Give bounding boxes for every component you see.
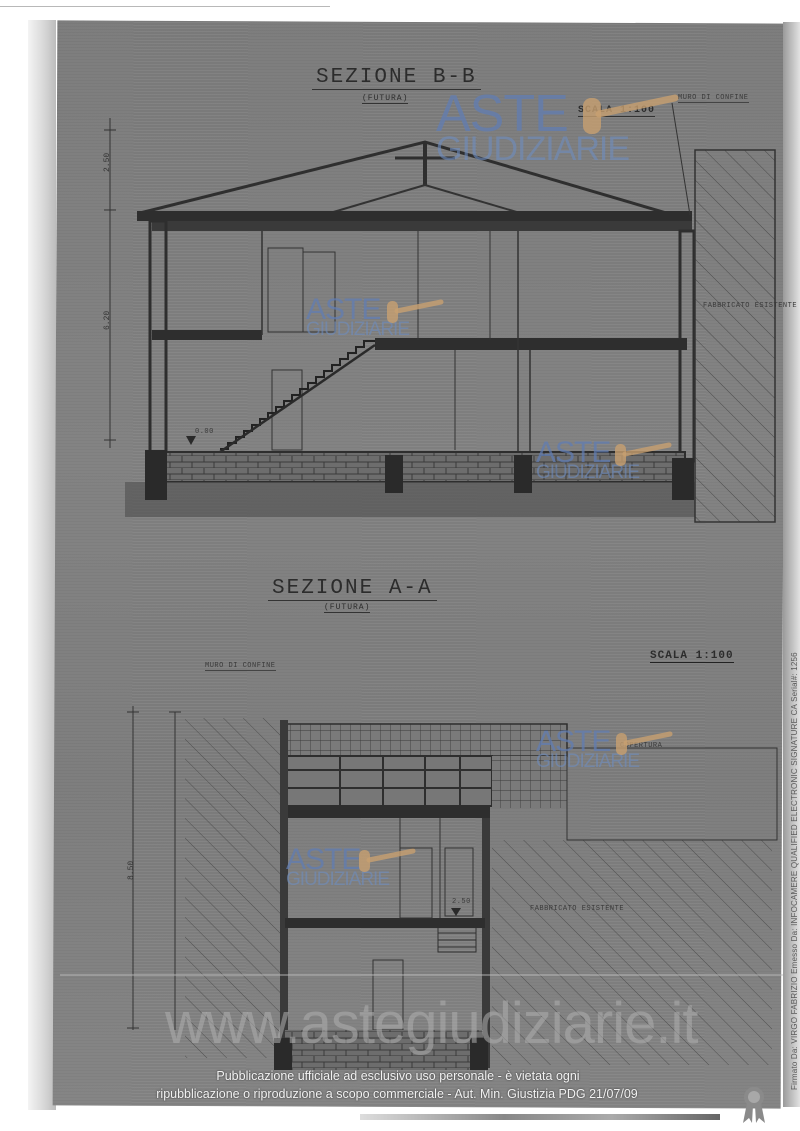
seal-ribbon-icon bbox=[740, 1085, 768, 1125]
section-bb-side-note: FABBRICATO ESISTENTE bbox=[703, 302, 797, 311]
section-bb-title: SEZIONE B-B bbox=[312, 66, 481, 90]
gavel-icon bbox=[611, 440, 673, 472]
section-bb-dimension-upper: 2.50 bbox=[103, 153, 112, 172]
architectural-drawing bbox=[0, 0, 800, 1131]
section-aa-scale: SCALA 1:100 bbox=[650, 650, 734, 663]
section-bb-top-note: MURO DI CONFINE bbox=[678, 94, 749, 103]
disclaimer-line-2: ripubblicazione o riproduzione a scopo c… bbox=[0, 1087, 797, 1101]
section-bb-dimension-lower: 6.20 bbox=[103, 311, 112, 330]
section-aa-top-note: MURO DI CONFINE bbox=[205, 662, 276, 671]
disclaimer-line-1: Pubblicazione ufficiale ad esclusivo uso… bbox=[0, 1069, 798, 1083]
digital-signature-stamp: Firmato Da: VIRGO FABRIZIO Emesso Da: IN… bbox=[790, 652, 799, 1090]
section-aa-subtitle: (FUTURA) bbox=[324, 603, 370, 613]
section-aa-title: SEZIONE A-A bbox=[268, 577, 437, 601]
watermark-website: www.astegiudiziarie.it bbox=[165, 990, 697, 1057]
gavel-icon bbox=[612, 729, 674, 761]
gavel-icon bbox=[575, 92, 680, 142]
section-aa-level-marker: 2.50 bbox=[452, 898, 471, 906]
gavel-icon bbox=[383, 297, 445, 329]
section-bb-level-marker: 0.00 bbox=[195, 428, 214, 436]
section-aa-dimension: 8.50 bbox=[127, 861, 136, 880]
gavel-icon bbox=[355, 846, 417, 878]
section-bb-subtitle: (FUTURA) bbox=[362, 94, 408, 104]
section-aa-side-note: FABBRICATO ESISTENTE bbox=[530, 905, 624, 914]
